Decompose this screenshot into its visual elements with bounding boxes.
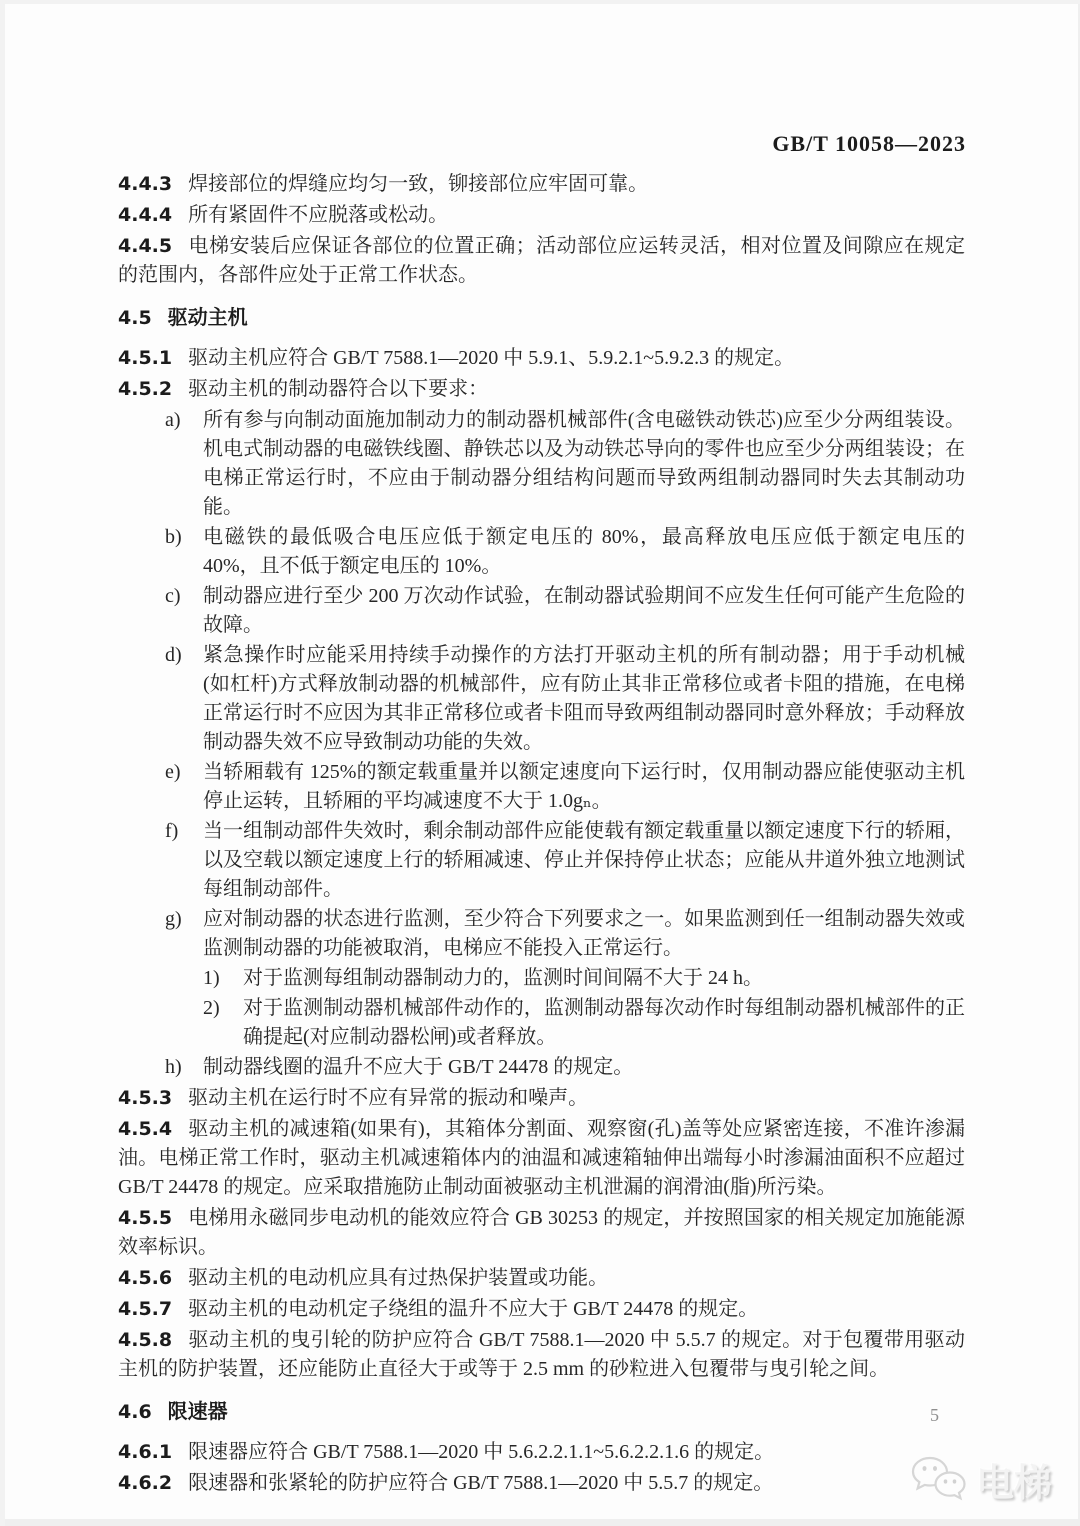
- block-text: 驱动主机在运行时不应有异常的振动和噪声。: [188, 1087, 588, 1109]
- wechat-icon: [910, 1455, 968, 1505]
- block-number: d): [165, 641, 203, 757]
- block-number: 4.5.4: [118, 1118, 172, 1140]
- block-text: 制动器线圈的温升不应大于 GB/T 24478 的规定。: [203, 1053, 965, 1082]
- block-text: 所有参与向制动面施加制动力的制动器机械部件(含电磁铁动铁芯)应至少分两组装设。机…: [203, 406, 965, 522]
- block-number: 4.5.2: [118, 378, 172, 400]
- block-text: 电梯安装后应保证各部位的位置正确；活动部位应运转灵活，相对位置及间隙应在规定的范…: [118, 235, 965, 286]
- block-text: 驱动主机的制动器符合以下要求：: [188, 378, 488, 400]
- clause-4.5.4: 4.5.4驱动主机的减速箱(如果有)，其箱体分割面、观察窗(孔)盖等处应紧密连接…: [118, 1115, 965, 1202]
- block-text: 制动器应进行至少 200 万次动作试验，在制动器试验期间不应发生任何可能产生危险…: [203, 582, 965, 640]
- block-number: e): [165, 758, 203, 816]
- block-number: 1): [203, 964, 243, 993]
- block-number: 4.6: [118, 1401, 152, 1423]
- clause-4.6.1: 4.6.1限速器应符合 GB/T 7588.1—2020 中 5.6.2.2.1…: [118, 1438, 965, 1467]
- list-item-b: b)电磁铁的最低吸合电压应低于额定电压的 80%，最高释放电压应低于额定电压的 …: [118, 523, 965, 581]
- block-number: 4.5.3: [118, 1087, 172, 1109]
- block-text: 驱动主机应符合 GB/T 7588.1—2020 中 5.9.1、5.9.2.1…: [188, 347, 794, 369]
- block-text: 焊接部位的焊缝应均匀一致，铆接部位应牢固可靠。: [188, 173, 648, 195]
- block-text: 电梯用永磁同步电动机的能效应符合 GB 30253 的规定，并按照国家的相关规定…: [118, 1207, 965, 1258]
- block-text: 驱动主机的电动机应具有过热保护装置或功能。: [188, 1267, 608, 1289]
- block-number: 4.4.3: [118, 173, 172, 195]
- block-text: 当一组制动部件失效时，剩余制动部件应能使载有额定载重量以额定速度下行的轿厢，以及…: [203, 817, 965, 904]
- block-number: 4.4.4: [118, 204, 172, 226]
- block-number: 4.4.5: [118, 235, 172, 257]
- doc-code: GB/T 10058—2023: [772, 131, 966, 157]
- block-number: 4.5.5: [118, 1207, 172, 1229]
- clause-4.4.4: 4.4.4所有紧固件不应脱落或松动。: [118, 201, 965, 230]
- clause-4.5.2: 4.5.2驱动主机的制动器符合以下要求：: [118, 375, 965, 404]
- document-page: GB/T 10058—2023 4.4.3焊接部位的焊缝应均匀一致，铆接部位应牢…: [0, 0, 1080, 1526]
- list-item-g: g)应对制动器的状态进行监测，至少符合下列要求之一。如果监测到任一组制动器失效或…: [118, 905, 965, 963]
- block-text: 对于监测制动器机械部件动作的，监测制动器每次动作时每组制动器机械部件的正确提起(…: [243, 994, 965, 1052]
- block-number: 4.5.6: [118, 1267, 172, 1289]
- block-text: 驱动主机的电动机定子绕组的温升不应大于 GB/T 24478 的规定。: [188, 1298, 758, 1320]
- list-item-f: f)当一组制动部件失效时，剩余制动部件应能使载有额定载重量以额定速度下行的轿厢，…: [118, 817, 965, 904]
- block-text: 电磁铁的最低吸合电压应低于额定电压的 80%，最高释放电压应低于额定电压的 40…: [203, 523, 965, 581]
- clause-4.5.5: 4.5.5电梯用永磁同步电动机的能效应符合 GB 30253 的规定，并按照国家…: [118, 1204, 965, 1262]
- block-text: 驱动主机: [168, 305, 248, 329]
- block-text: 当轿厢载有 125%的额定载重量并以额定速度向下运行时，仅用制动器应能使驱动主机…: [203, 758, 965, 816]
- list-item-c: c)制动器应进行至少 200 万次动作试验，在制动器试验期间不应发生任何可能产生…: [118, 582, 965, 640]
- list-item-e: e)当轿厢载有 125%的额定载重量并以额定速度向下运行时，仅用制动器应能使驱动…: [118, 758, 965, 816]
- block-text: 限速器应符合 GB/T 7588.1—2020 中 5.6.2.2.1.1~5.…: [188, 1441, 774, 1463]
- page-number: 5: [930, 1405, 939, 1426]
- block-number: b): [165, 523, 203, 581]
- clause-4.5.1: 4.5.1驱动主机应符合 GB/T 7588.1—2020 中 5.9.1、5.…: [118, 344, 965, 373]
- doc-body: 4.4.3焊接部位的焊缝应均匀一致，铆接部位应牢固可靠。4.4.4所有紧固件不应…: [118, 168, 965, 1500]
- block-text: 应对制动器的状态进行监测，至少符合下列要求之一。如果监测到任一组制动器失效或监测…: [203, 905, 965, 963]
- block-number: f): [165, 817, 203, 904]
- block-number: 4.5.7: [118, 1298, 172, 1320]
- clause-4.4.3: 4.4.3焊接部位的焊缝应均匀一致，铆接部位应牢固可靠。: [118, 170, 965, 199]
- block-number: 2): [203, 994, 243, 1052]
- block-text: 限速器: [168, 1399, 228, 1423]
- watermark-label: 电梯: [976, 1452, 1052, 1507]
- watermark: 电梯: [910, 1452, 1052, 1507]
- block-number: 4.5.8: [118, 1329, 172, 1351]
- block-text: 紧急操作时应能采用持续手动操作的方法打开驱动主机的所有制动器；用于手动机械(如杠…: [203, 641, 965, 757]
- block-number: a): [165, 406, 203, 522]
- section-heading-4.6: 4.6限速器: [118, 1397, 965, 1427]
- clause-4.4.5: 4.4.5电梯安装后应保证各部位的位置正确；活动部位应运转灵活，相对位置及间隙应…: [118, 232, 965, 290]
- block-number: 4.6.2: [118, 1472, 172, 1494]
- block-text: 限速器和张紧轮的防护应符合 GB/T 7588.1—2020 中 5.5.7 的…: [188, 1472, 773, 1494]
- clause-4.5.7: 4.5.7驱动主机的电动机定子绕组的温升不应大于 GB/T 24478 的规定。: [118, 1295, 965, 1324]
- clause-4.5.3: 4.5.3驱动主机在运行时不应有异常的振动和噪声。: [118, 1084, 965, 1113]
- block-text: 对于监测每组制动器制动力的，监测时间间隔不大于 24 h。: [243, 964, 965, 993]
- sub-list-item-1: 1)对于监测每组制动器制动力的，监测时间间隔不大于 24 h。: [118, 964, 965, 993]
- block-number: 4.5: [118, 307, 152, 329]
- list-item-d: d)紧急操作时应能采用持续手动操作的方法打开驱动主机的所有制动器；用于手动机械(…: [118, 641, 965, 757]
- block-number: c): [165, 582, 203, 640]
- block-text: 驱动主机的曳引轮的防护应符合 GB/T 7588.1—2020 中 5.5.7 …: [118, 1329, 965, 1380]
- section-heading-4.5: 4.5驱动主机: [118, 303, 965, 333]
- list-item-a: a)所有参与向制动面施加制动力的制动器机械部件(含电磁铁动铁芯)应至少分两组装设…: [118, 406, 965, 522]
- clause-4.5.8: 4.5.8驱动主机的曳引轮的防护应符合 GB/T 7588.1—2020 中 5…: [118, 1326, 965, 1384]
- block-text: 所有紧固件不应脱落或松动。: [188, 204, 448, 226]
- block-number: 4.5.1: [118, 347, 172, 369]
- clause-4.6.2: 4.6.2限速器和张紧轮的防护应符合 GB/T 7588.1—2020 中 5.…: [118, 1469, 965, 1498]
- block-number: g): [165, 905, 203, 963]
- block-number: 4.6.1: [118, 1441, 172, 1463]
- block-text: 驱动主机的减速箱(如果有)，其箱体分割面、观察窗(孔)盖等处应紧密连接，不准许渗…: [118, 1118, 965, 1198]
- sub-list-item-2: 2)对于监测制动器机械部件动作的，监测制动器每次动作时每组制动器机械部件的正确提…: [118, 994, 965, 1052]
- clause-4.5.6: 4.5.6驱动主机的电动机应具有过热保护装置或功能。: [118, 1264, 965, 1293]
- block-number: h): [165, 1053, 203, 1082]
- list-item-h: h)制动器线圈的温升不应大于 GB/T 24478 的规定。: [118, 1053, 965, 1082]
